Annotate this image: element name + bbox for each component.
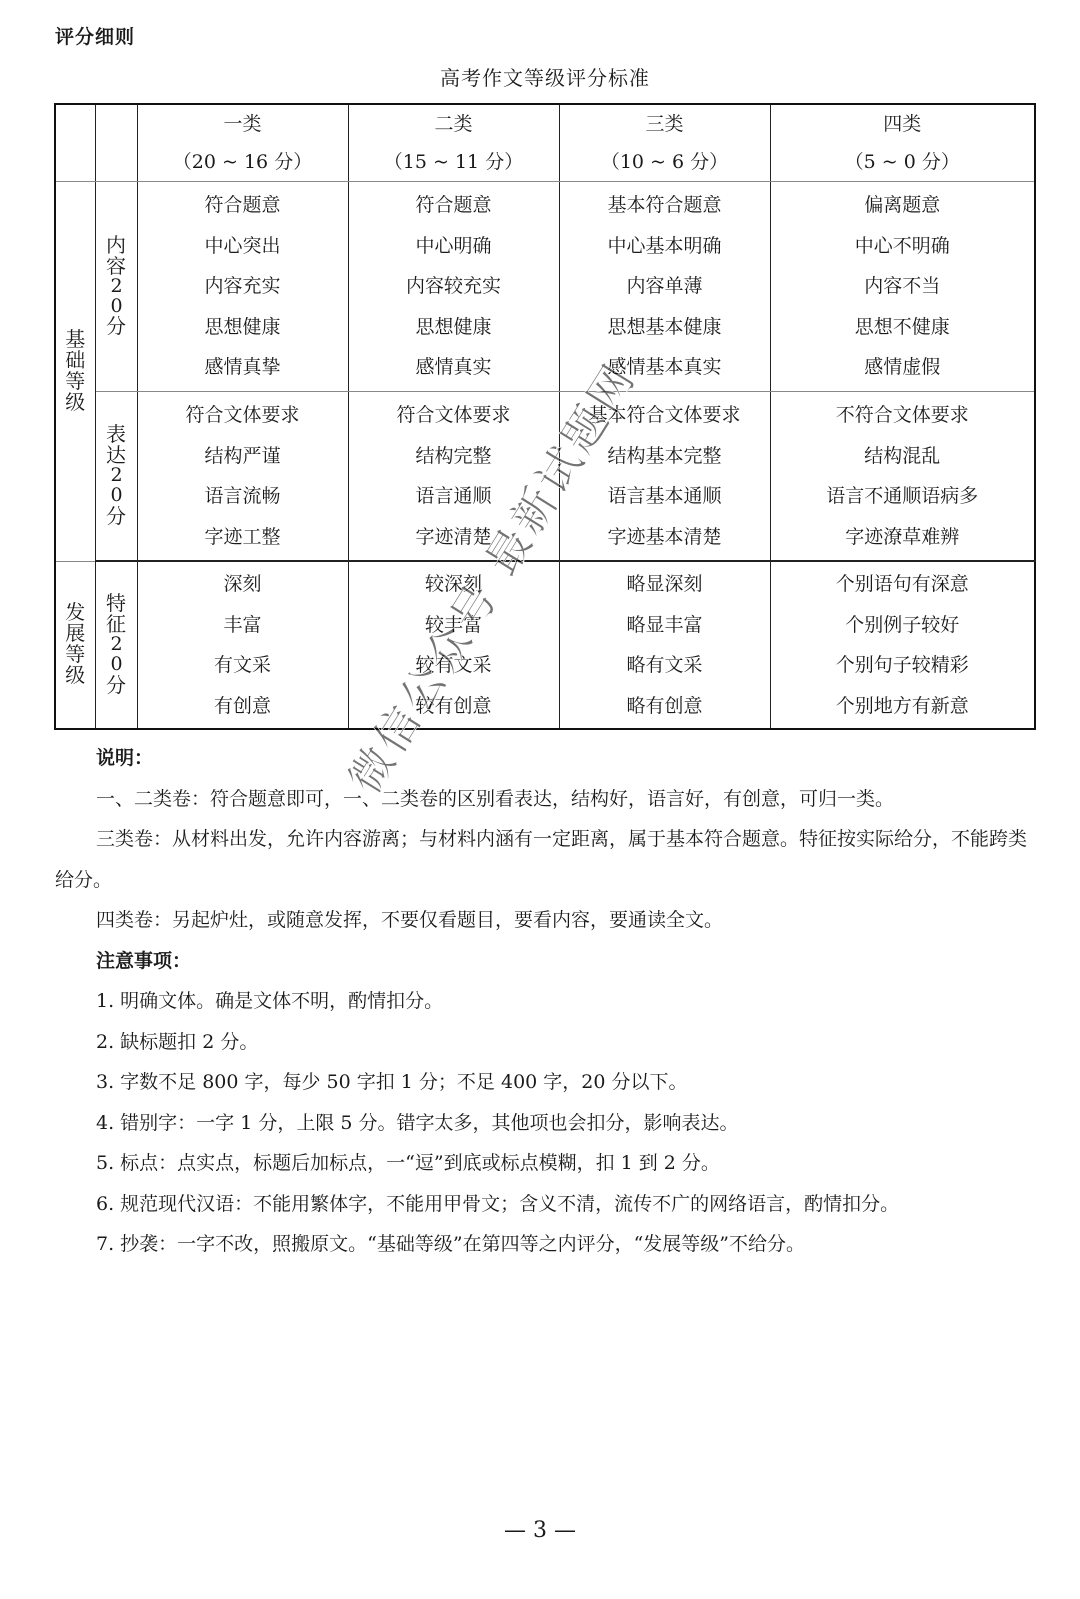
note-item: 1. 明确文体。确是文体不明，酌情扣分。: [55, 981, 1040, 1022]
criterion: 偏离题意: [771, 185, 1035, 226]
features-grade-4: 个别语句有深意 个别例子较好 个别句子较精彩 个别地方有新意: [770, 561, 1035, 729]
criterion: 丰富: [138, 605, 348, 646]
subcategory-points: 20: [105, 277, 127, 317]
criterion: 较丰富: [349, 605, 559, 646]
note-item: 7. 抄袭：一字不改，照搬原文。“基础等级”在第四等之内评分，“发展等级”不给分…: [55, 1224, 1040, 1265]
subcategory-label: 表达 20 分: [105, 424, 127, 527]
criterion: 中心基本明确: [560, 226, 770, 267]
criterion: 基本符合文体要求: [560, 395, 770, 436]
subcategory-unit: 分: [106, 314, 126, 338]
criterion: 个别语句有深意: [771, 564, 1035, 605]
notes-section: 说明： 一、二类卷：符合题意即可，一、二类卷的区别看表达，结构好，语言好，有创意…: [55, 738, 1040, 1265]
empty-header-cell: [55, 104, 95, 182]
subcategory-features: 特征 20 分: [95, 561, 137, 729]
criterion: 思想不健康: [771, 307, 1035, 348]
criterion: 字迹基本清楚: [560, 517, 770, 558]
subcategory-label: 内容 20 分: [105, 235, 127, 338]
page-number: — 3 —: [0, 1518, 1080, 1543]
grade-range: （15 ~ 11 分）: [349, 143, 559, 181]
criterion: 略显深刻: [560, 564, 770, 605]
criterion: 内容单薄: [560, 266, 770, 307]
note-item: 4. 错别字：一字 1 分，上限 5 分。错字太多，其他项也会扣分，影响表达。: [55, 1103, 1040, 1144]
criterion: 略有文采: [560, 645, 770, 686]
criterion: 中心突出: [138, 226, 348, 267]
grade-name: 二类: [349, 105, 559, 143]
subcategory-chars: 特征: [106, 591, 126, 636]
grade-range: （5 ~ 0 分）: [771, 143, 1035, 181]
explanation-paragraph: 一、二类卷：符合题意即可，一、二类卷的区别看表达，结构好，语言好，有创意，可归一…: [55, 779, 1040, 820]
criterion: 思想健康: [349, 307, 559, 348]
criterion: 中心不明确: [771, 226, 1035, 267]
grading-rubric-table: 一类 （20 ~ 16 分） 二类 （15 ~ 11 分） 三类 （10 ~ 6…: [54, 103, 1036, 730]
grade-header-3: 三类 （10 ~ 6 分）: [559, 104, 770, 182]
criterion: 字迹潦草难辨: [771, 517, 1035, 558]
grade-name: 四类: [771, 105, 1035, 143]
grade-name: 一类: [138, 105, 348, 143]
explanation-paragraph: 三类卷：从材料出发，允许内容游离；与材料内涵有一定距离，属于基本符合题意。特征按…: [55, 819, 1040, 900]
table-header-row: 一类 （20 ~ 16 分） 二类 （15 ~ 11 分） 三类 （10 ~ 6…: [55, 104, 1035, 182]
subcategory-label: 特征 20 分: [105, 593, 127, 696]
section-heading: 评分细则: [55, 22, 135, 49]
note-item: 3. 字数不足 800 字，每少 50 字扣 1 分；不足 400 字，20 分…: [55, 1062, 1040, 1103]
content-row: 基础等级 内容 20 分 符合题意 中心突出 内容充实 思想健康 感情真挚 符合…: [55, 182, 1035, 392]
criterion: 中心明确: [349, 226, 559, 267]
criterion: 语言不通顺语病多: [771, 476, 1035, 517]
criterion: 基本符合题意: [560, 185, 770, 226]
expression-grade-1: 符合文体要求 结构严谨 语言流畅 字迹工整: [137, 392, 348, 562]
group-development: 发展等级: [55, 561, 95, 729]
group-label-basic: 基础等级: [64, 329, 86, 413]
grade-header-1: 一类 （20 ~ 16 分）: [137, 104, 348, 182]
criterion: 内容充实: [138, 266, 348, 307]
table-title: 高考作文等级评分标准: [0, 62, 1080, 91]
content-grade-1: 符合题意 中心突出 内容充实 思想健康 感情真挚: [137, 182, 348, 392]
criterion: 结构基本完整: [560, 436, 770, 477]
features-row: 发展等级 特征 20 分 深刻 丰富 有文采 有创意 较深刻 较丰富 较有文采 …: [55, 561, 1035, 729]
grade-name: 三类: [560, 105, 770, 143]
criterion: 较有创意: [349, 686, 559, 727]
explanation-label: 说明：: [55, 738, 1040, 779]
criterion: 思想健康: [138, 307, 348, 348]
grade-header-4: 四类 （5 ~ 0 分）: [770, 104, 1035, 182]
group-label-development: 发展等级: [64, 602, 86, 686]
features-grade-3: 略显深刻 略显丰富 略有文采 略有创意: [559, 561, 770, 729]
content-grade-4: 偏离题意 中心不明确 内容不当 思想不健康 感情虚假: [770, 182, 1035, 392]
expression-grade-3: 基本符合文体要求 结构基本完整 语言基本通顺 字迹基本清楚: [559, 392, 770, 562]
criterion: 结构完整: [349, 436, 559, 477]
criterion: 字迹工整: [138, 517, 348, 558]
criterion: 感情基本真实: [560, 347, 770, 388]
group-basic: 基础等级: [55, 182, 95, 562]
criterion: 内容较充实: [349, 266, 559, 307]
criterion: 结构严谨: [138, 436, 348, 477]
criterion: 略有创意: [560, 686, 770, 727]
criterion: 语言基本通顺: [560, 476, 770, 517]
subcategory-unit: 分: [106, 504, 126, 528]
grade-header-2: 二类 （15 ~ 11 分）: [348, 104, 559, 182]
subcategory-chars: 表达: [106, 422, 126, 467]
criterion: 有文采: [138, 645, 348, 686]
criterion: 语言通顺: [349, 476, 559, 517]
subcategory-content: 内容 20 分: [95, 182, 137, 392]
expression-grade-4: 不符合文体要求 结构混乱 语言不通顺语病多 字迹潦草难辨: [770, 392, 1035, 562]
criterion: 字迹清楚: [349, 517, 559, 558]
grade-range: （20 ~ 16 分）: [138, 143, 348, 181]
criterion: 深刻: [138, 564, 348, 605]
empty-header-cell: [95, 104, 137, 182]
criterion: 个别例子较好: [771, 605, 1035, 646]
criterion: 思想基本健康: [560, 307, 770, 348]
notes-label: 注意事项：: [55, 941, 1040, 982]
criterion: 语言流畅: [138, 476, 348, 517]
criterion: 感情真挚: [138, 347, 348, 388]
features-grade-1: 深刻 丰富 有文采 有创意: [137, 561, 348, 729]
criterion: 不符合文体要求: [771, 395, 1035, 436]
criterion: 符合文体要求: [349, 395, 559, 436]
content-grade-3: 基本符合题意 中心基本明确 内容单薄 思想基本健康 感情基本真实: [559, 182, 770, 392]
subcategory-expression: 表达 20 分: [95, 392, 137, 562]
grade-range: （10 ~ 6 分）: [560, 143, 770, 181]
subcategory-points: 20: [105, 466, 127, 506]
criterion: 符合题意: [349, 185, 559, 226]
note-item: 6. 规范现代汉语：不能用繁体字，不能用甲骨文；含义不清，流传不广的网络语言，酌…: [55, 1184, 1040, 1225]
criterion: 感情虚假: [771, 347, 1035, 388]
criterion: 略显丰富: [560, 605, 770, 646]
criterion: 内容不当: [771, 266, 1035, 307]
criterion: 符合文体要求: [138, 395, 348, 436]
note-item: 5. 标点：点实点，标题后加标点，一“逗”到底或标点模糊，扣 1 到 2 分。: [55, 1143, 1040, 1184]
subcategory-points: 20: [105, 635, 127, 675]
criterion: 较深刻: [349, 564, 559, 605]
criterion: 个别句子较精彩: [771, 645, 1035, 686]
explanation-paragraph: 四类卷：另起炉灶，或随意发挥，不要仅看题目，要看内容，要通读全文。: [55, 900, 1040, 941]
criterion: 结构混乱: [771, 436, 1035, 477]
expression-row: 表达 20 分 符合文体要求 结构严谨 语言流畅 字迹工整 符合文体要求 结构完…: [55, 392, 1035, 562]
criterion: 有创意: [138, 686, 348, 727]
expression-grade-2: 符合文体要求 结构完整 语言通顺 字迹清楚: [348, 392, 559, 562]
criterion: 较有文采: [349, 645, 559, 686]
criterion: 符合题意: [138, 185, 348, 226]
content-grade-2: 符合题意 中心明确 内容较充实 思想健康 感情真实: [348, 182, 559, 392]
criterion: 个别地方有新意: [771, 686, 1035, 727]
subcategory-chars: 内容: [106, 233, 126, 278]
note-item: 2. 缺标题扣 2 分。: [55, 1022, 1040, 1063]
features-grade-2: 较深刻 较丰富 较有文采 较有创意: [348, 561, 559, 729]
criterion: 感情真实: [349, 347, 559, 388]
subcategory-unit: 分: [106, 673, 126, 697]
